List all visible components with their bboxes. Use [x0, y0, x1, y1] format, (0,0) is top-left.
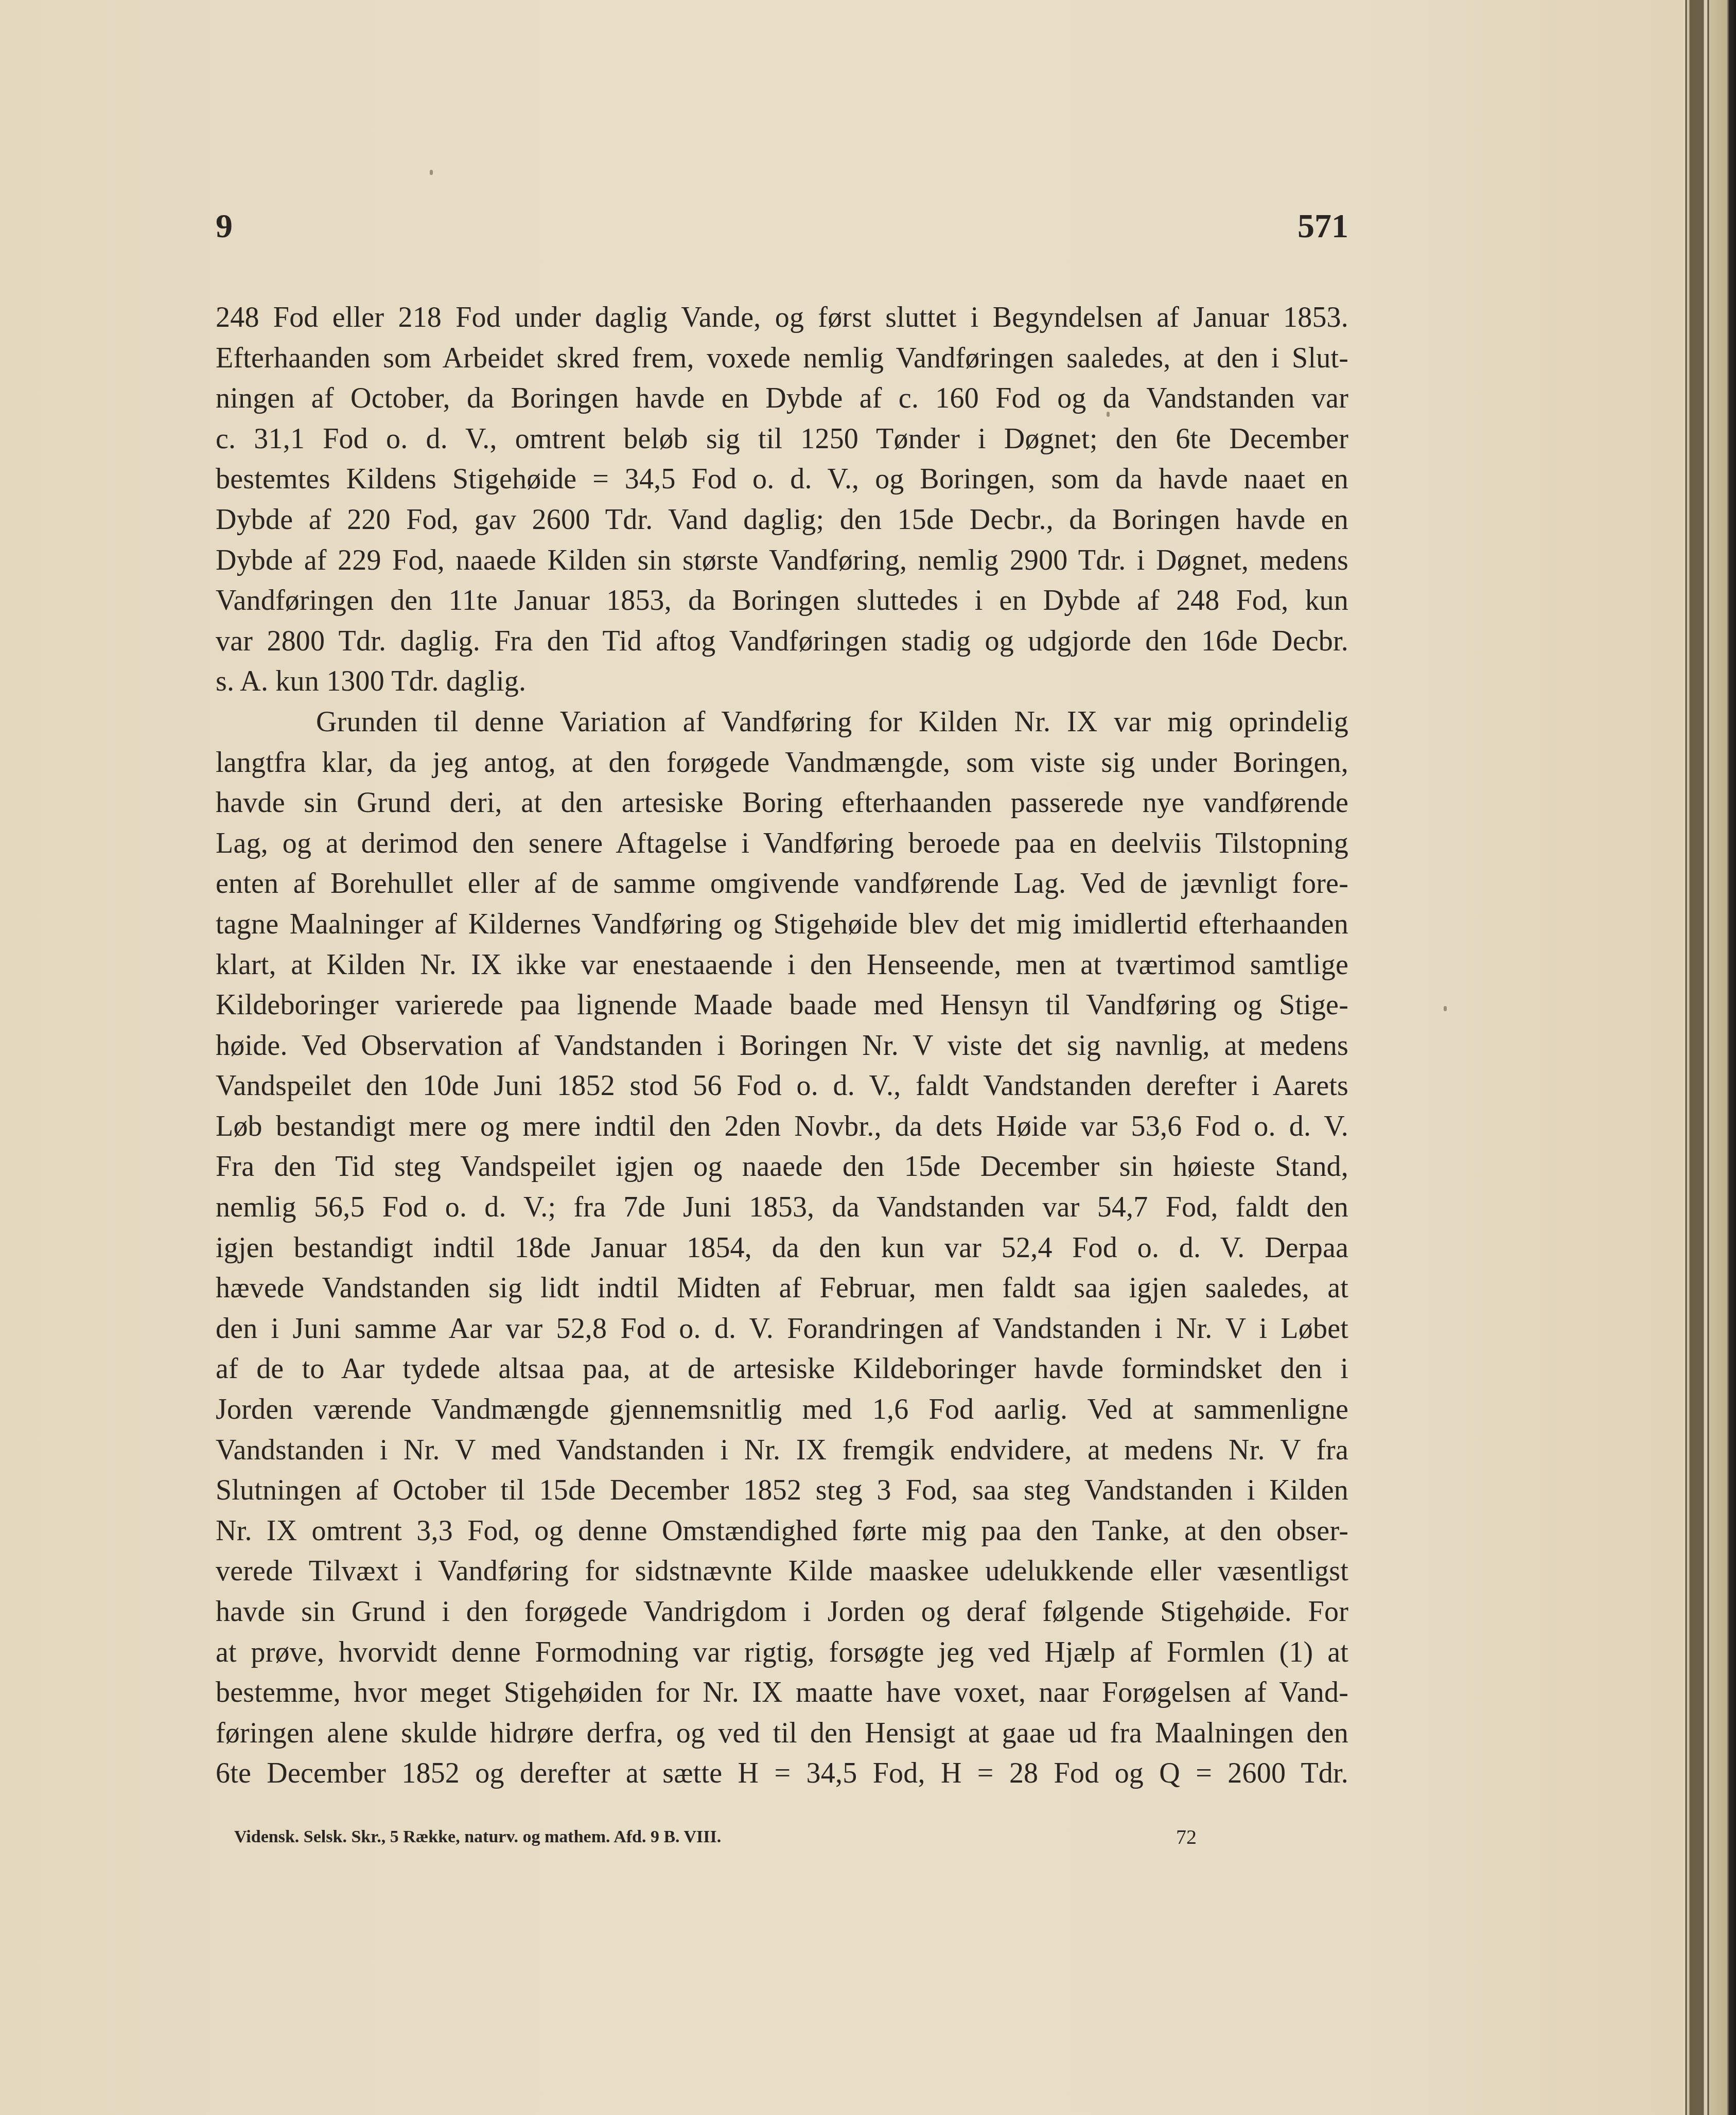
text-line: den i Juni samme Aar var 52,8 Fod o. d. … — [216, 1309, 1348, 1349]
book-page: 9 571 248 Fod eller 218 Fod under daglig… — [0, 0, 1683, 2115]
text-line: Slutningen af October til 15de December … — [216, 1470, 1348, 1511]
text-line: Løb bestandigt mere og mere indtil den 2… — [216, 1106, 1348, 1147]
text-line: Nr. IX omtrent 3,3 Fod, og denne Omstænd… — [216, 1511, 1348, 1552]
text-line: ningen af October, da Boringen havde en … — [216, 378, 1348, 419]
text-line: langtfra klar, da jeg antog, at den forø… — [216, 743, 1348, 783]
text-line: Vandstanden i Nr. V med Vandstanden i Nr… — [216, 1430, 1348, 1471]
text-line: hævede Vandstanden sig lidt indtil Midte… — [216, 1268, 1348, 1309]
text-line: Grunden til denne Variation af Vandførin… — [216, 702, 1348, 743]
text-line: at prøve, hvorvidt denne Formodning var … — [216, 1632, 1348, 1673]
text-line: bestemtes Kildens Stigehøide = 34,5 Fod … — [216, 459, 1348, 500]
text-line: verede Tilvæxt i Vandføring for sidstnæv… — [216, 1551, 1348, 1592]
text-line: 248 Fod eller 218 Fod under daglig Vande… — [216, 297, 1348, 338]
text-line: høide. Ved Observation af Vandstanden i … — [216, 1026, 1348, 1066]
text-line: havde sin Grund i den forøgede Vandrigdo… — [216, 1592, 1348, 1632]
text-line: Lag, og at derimod den senere Aftagelse … — [216, 823, 1348, 864]
text-line: Vandspeilet den 10de Juni 1852 stod 56 F… — [216, 1066, 1348, 1106]
body-text: 248 Fod eller 218 Fod under daglig Vande… — [216, 297, 1348, 1794]
text-line: klart, at Kilden Nr. IX ikke var enestaa… — [216, 945, 1348, 985]
text-line: igjen bestandigt indtil 18de Januar 1854… — [216, 1228, 1348, 1268]
text-line: Kildeboringer varierede paa lignende Maa… — [216, 985, 1348, 1026]
running-header: 9 571 — [216, 206, 1348, 247]
sheet-number: 72 — [1176, 1824, 1197, 1850]
paper-speck — [1107, 412, 1110, 417]
page-number: 571 — [1297, 206, 1348, 247]
text-line: Vandføringen den 11te Januar 1853, da Bo… — [216, 580, 1348, 621]
paper-speck — [430, 170, 433, 175]
text-line: nemlig 56,5 Fod o. d. V.; fra 7de Juni 1… — [216, 1187, 1348, 1228]
text-line: Jorden værende Vandmængde gjennemsnitlig… — [216, 1389, 1348, 1430]
paper-speck — [1444, 1006, 1447, 1011]
text-line: bestemme, hvor meget Stigehøiden for Nr.… — [216, 1672, 1348, 1713]
text-line: Dybde af 229 Fod, naaede Kilden sin stør… — [216, 540, 1348, 581]
chapter-number: 9 — [216, 206, 233, 247]
text-line: c. 31,1 Fod o. d. V., omtrent beløb sig … — [216, 419, 1348, 460]
text-line: tagne Maalninger af Kildernes Vandføring… — [216, 904, 1348, 945]
text-line: s. A. kun 1300 Tdr. daglig. — [216, 661, 1348, 702]
text-line: var 2800 Tdr. daglig. Fra den Tid aftog … — [216, 621, 1348, 662]
text-line: Efterhaanden som Arbeidet skred frem, vo… — [216, 338, 1348, 379]
text-line: 6te December 1852 og derefter at sætte H… — [216, 1753, 1348, 1794]
text-line: Dybde af 220 Fod, gav 2600 Tdr. Vand dag… — [216, 500, 1348, 540]
text-line: havde sin Grund deri, at den artesiske B… — [216, 783, 1348, 823]
text-line: af de to Aar tydede altsaa paa, at de ar… — [216, 1349, 1348, 1389]
signature-line: Vidensk. Selsk. Skr., 5 Række, naturv. o… — [234, 1824, 721, 1850]
text-line: Fra den Tid steg Vandspeilet igjen og na… — [216, 1147, 1348, 1187]
text-line: føringen alene skulde hidrøre derfra, og… — [216, 1713, 1348, 1754]
book-binding-edge — [1683, 0, 1736, 2115]
text-line: enten af Borehullet eller af de samme om… — [216, 863, 1348, 904]
